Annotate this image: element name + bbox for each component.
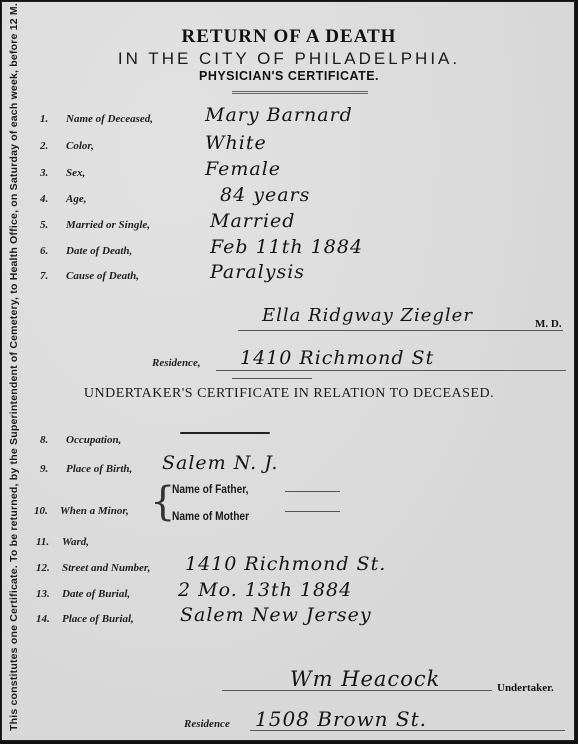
physician-section-title: PHYSICIAN'S CERTIFICATE. — [0, 69, 578, 83]
father-name-label: Name of Father, — [172, 482, 249, 496]
undertaker-section-title: UNDERTAKER'S CERTIFICATE IN RELATION TO … — [0, 386, 578, 402]
field-value-color: White — [205, 132, 267, 154]
field-value-birthplace: Salem N. J. — [162, 452, 278, 474]
field-label-street: 12.Street and Number, — [36, 562, 150, 574]
undertaker-signature: Wm Heacock — [290, 667, 440, 691]
undertaker-signature-line — [222, 690, 492, 691]
field-value-death-date: Feb 11th 1884 — [210, 236, 363, 258]
mother-name-line — [285, 511, 340, 512]
document-subtitle: IN THE CITY OF PHILADELPHIA. — [0, 49, 578, 69]
mother-name-label: Name of Mother — [172, 509, 249, 523]
field-value-sex: Female — [205, 158, 281, 180]
field-value-burial-date: 2 Mo. 13th 1884 — [178, 579, 352, 601]
field-label-ward: 11.Ward, — [36, 536, 89, 548]
undertaker-residence-line — [250, 730, 565, 731]
md-suffix: M. D. — [535, 318, 562, 330]
field-label-color: 2.Color, — [40, 140, 94, 152]
physician-residence-value: 1410 Richmond St — [240, 347, 434, 369]
field-label-death-date: 6.Date of Death, — [40, 245, 132, 257]
field-value-burial-place: Salem New Jersey — [180, 604, 372, 626]
field-label-sex: 3.Sex, — [40, 167, 85, 179]
field-label-cause: 7.Cause of Death, — [40, 270, 139, 282]
field-value-name: Mary Barnard — [205, 104, 353, 126]
field-label-age: 4.Age, — [40, 193, 86, 205]
sidebar-instructions: This constitutes one Certificate. To be … — [8, 2, 22, 732]
field-label-marital: 5.Married or Single, — [40, 219, 150, 231]
field-value-street: 1410 Richmond St. — [185, 553, 386, 575]
field-value-marital: Married — [210, 210, 295, 232]
undertaker-suffix: Undertaker. — [497, 682, 554, 694]
field-value-cause: Paralysis — [210, 261, 305, 283]
physician-residence-label: Residence, — [152, 357, 201, 369]
document-title: RETURN OF A DEATH — [0, 26, 578, 48]
field-value-age: 84 years — [220, 184, 310, 206]
field-value-occupation — [180, 432, 270, 434]
field-label-occupation: 8.Occupation, — [40, 434, 121, 446]
section-divider — [232, 378, 312, 379]
residence-line — [216, 370, 566, 371]
field-label-burial-place: 14.Place of Burial, — [36, 613, 134, 625]
field-label-burial-date: 13.Date of Burial, — [36, 588, 130, 600]
undertaker-residence-label: Residence — [184, 718, 230, 730]
father-name-line — [285, 491, 340, 492]
undertaker-residence-value: 1508 Brown St. — [255, 707, 427, 731]
field-label-name: 1.Name of Deceased, — [40, 113, 153, 125]
field-label-minor: 10.When a Minor, — [34, 505, 129, 517]
signature-line — [238, 330, 563, 331]
physician-signature: Ella Ridgway Ziegler — [262, 305, 473, 326]
field-label-birthplace: 9.Place of Birth, — [40, 463, 132, 475]
title-rule — [232, 91, 368, 94]
